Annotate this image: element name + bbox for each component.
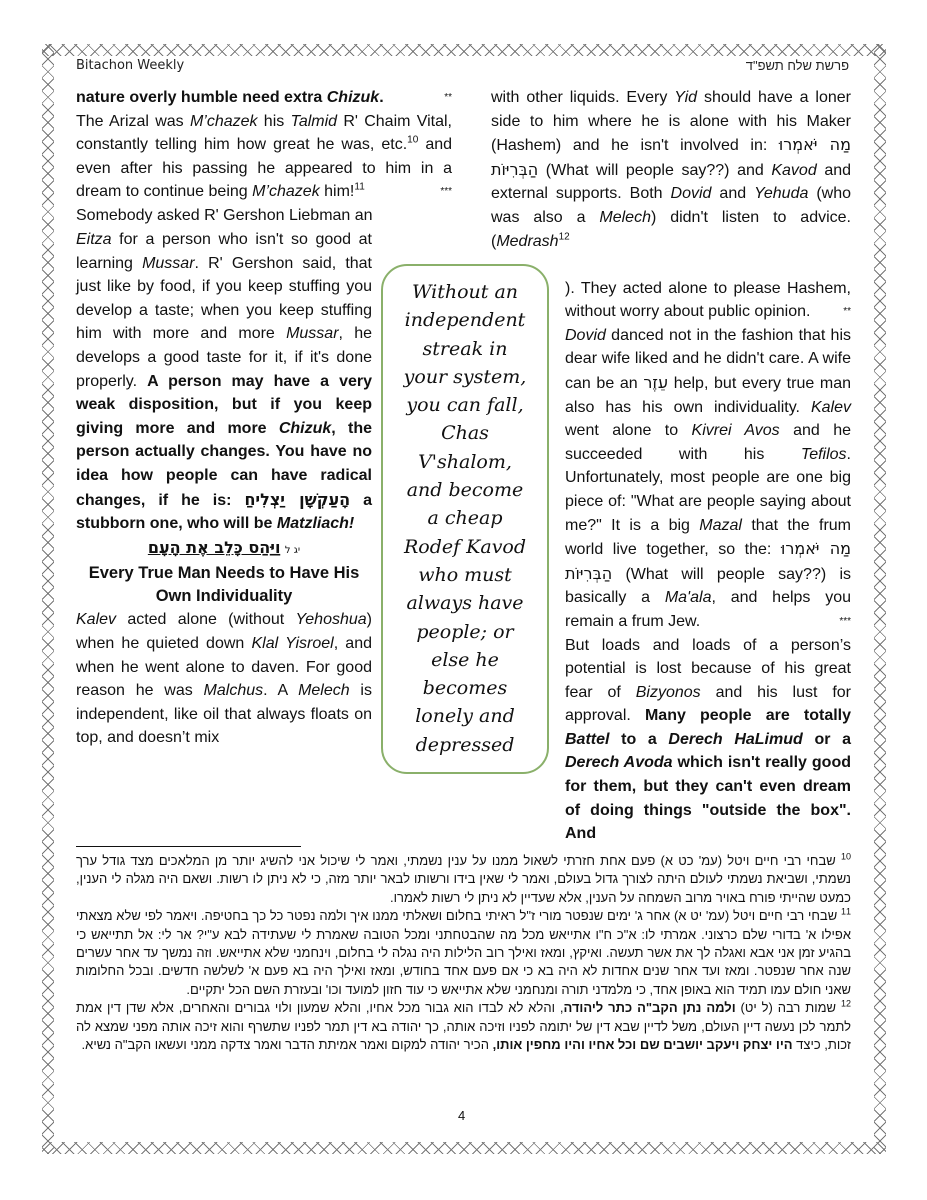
footnote-divider xyxy=(76,846,301,847)
section-title: Every True Man Needs to Have His Own Ind… xyxy=(76,562,372,608)
paragraph-loner: with other liquids. Every Yid should hav… xyxy=(491,86,851,253)
publication-title: Bitachon Weekly xyxy=(76,58,184,73)
footnote-ref-10[interactable]: 10 xyxy=(407,135,418,146)
page-number: 4 xyxy=(458,1108,465,1123)
paragraph-kalev: Kalev acted alone (without Yehoshua) whe… xyxy=(76,608,372,750)
paragraph-potential: But loads and loads of a person’s potent… xyxy=(565,634,851,846)
footnote-ref-11[interactable]: 11 xyxy=(354,182,364,193)
footnote-12: 12 שמות רבה (ל יט) ולמה נתן הקב"ה כתר לי… xyxy=(76,999,851,1054)
parsha-title: פרשת שלח תשפ"ד xyxy=(746,58,849,73)
paragraph-gershon-start: Somebody asked R' Gershon Liebman an xyxy=(76,204,452,228)
paragraph-chizuk: nature overly humble need extra Chizuk. … xyxy=(76,86,452,110)
footnote-10: 10 שבחי רבי חיים ויטל (עמ' כט א) פעם אחת… xyxy=(76,852,851,907)
separator-stars: ** xyxy=(444,86,452,110)
right-column-narrow: . ). They acted alone to please Hashem, … xyxy=(565,277,851,846)
separator-stars: *** xyxy=(440,180,452,204)
footnote-ref-12[interactable]: 12 xyxy=(559,231,570,242)
left-column-narrow: Eitza for a person who isn't so good at … xyxy=(76,228,372,750)
paragraph-dovid: Dovid danced not in the fashion that his… xyxy=(565,324,851,634)
hebrew-phrase: הָעַקְשָׁן יַצְלִיחַ xyxy=(244,490,350,509)
footnotes: 10 שבחי רבי חיים ויטל (עמ' כט א) פעם אחת… xyxy=(76,852,851,1054)
left-column-top: nature overly humble need extra Chizuk. … xyxy=(76,86,452,228)
footnote-11: 11 שבחי רבי חיים ויטל (עמ' יט א) אחר ג' … xyxy=(76,907,851,999)
paragraph-gershon: Eitza for a person who isn't so good at … xyxy=(76,228,372,536)
right-column-top: with other liquids. Every Yid should hav… xyxy=(491,86,851,253)
verse-heading: וַיַּהַס כָּלֵב אֶת הָעָם יג ל xyxy=(76,536,372,563)
paragraph-please-hashem: ). They acted alone to please Hashem, wi… xyxy=(565,277,851,324)
paragraph-arizal: The Arizal was M’chazek his Talmid R' Ch… xyxy=(76,110,452,204)
pull-quote-box: Without anindependentstreak inyour syste… xyxy=(381,264,549,774)
